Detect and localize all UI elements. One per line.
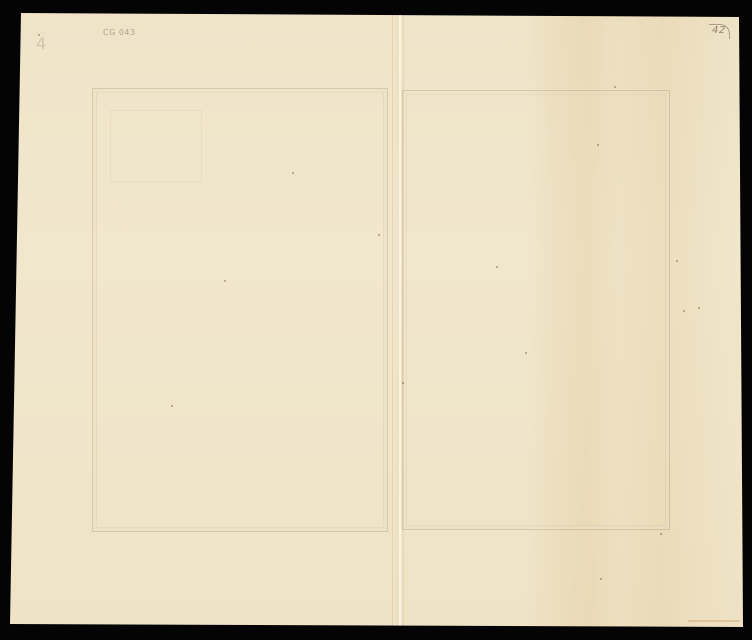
center-fold-shadow [392, 14, 393, 626]
pencil-mark: 4 [36, 34, 47, 53]
foxing-spot [614, 86, 616, 88]
center-fold-edge [403, 14, 404, 626]
foxing-spot [496, 266, 498, 268]
plate-mark-right [402, 90, 670, 530]
page-number: 42 [712, 25, 726, 36]
foxing-spot [38, 34, 40, 36]
foxing-spot [171, 405, 173, 407]
inventory-mark: CG 043 [103, 28, 136, 37]
foxing-spot [683, 310, 685, 312]
paper-sheet: 4 CG 043 42 [0, 0, 752, 640]
foxing-spot [224, 280, 226, 282]
foxing-spot [660, 533, 662, 535]
foxing-spot [378, 234, 380, 236]
edge-wear [688, 620, 740, 622]
foxing-spot [600, 578, 602, 580]
foxing-spot [402, 382, 404, 384]
center-fold-crease [399, 14, 401, 626]
foxing-spot [698, 307, 700, 309]
foxing-spot [292, 172, 294, 174]
show-through-cartouche [110, 110, 202, 182]
foxing-spot [597, 144, 599, 146]
foxing-spot [676, 260, 678, 262]
foxing-spot [525, 352, 527, 354]
